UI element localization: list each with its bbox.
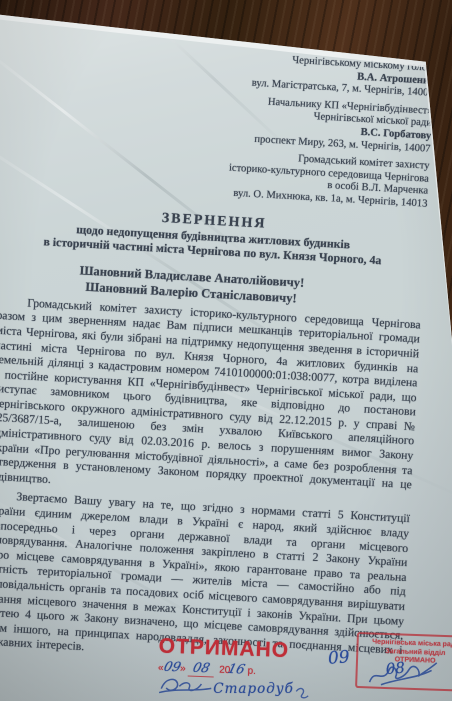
signature-scribble-left xyxy=(157,677,214,696)
title-block: ЗВЕРНЕННЯ щодо недопущення будівництва ж… xyxy=(0,202,426,271)
handwritten-day: 09 xyxy=(162,660,182,675)
handwritten-day-right: 09 xyxy=(327,647,350,669)
signature-name: Стародуб xyxy=(213,681,294,697)
appeal-letter: Чернігівському міському голові В.А. Атро… xyxy=(0,38,452,674)
handwritten-year: 16 xyxy=(226,662,246,677)
year-suffix: р. xyxy=(247,666,256,677)
body-paragraph-1: Громадський комітет захисту історико-кул… xyxy=(0,295,421,508)
signature-flourish xyxy=(294,681,311,699)
photo-of-document: Чернігівському міському голові В.А. Атро… xyxy=(0,0,452,701)
handwritten-month: 08 xyxy=(191,661,211,676)
